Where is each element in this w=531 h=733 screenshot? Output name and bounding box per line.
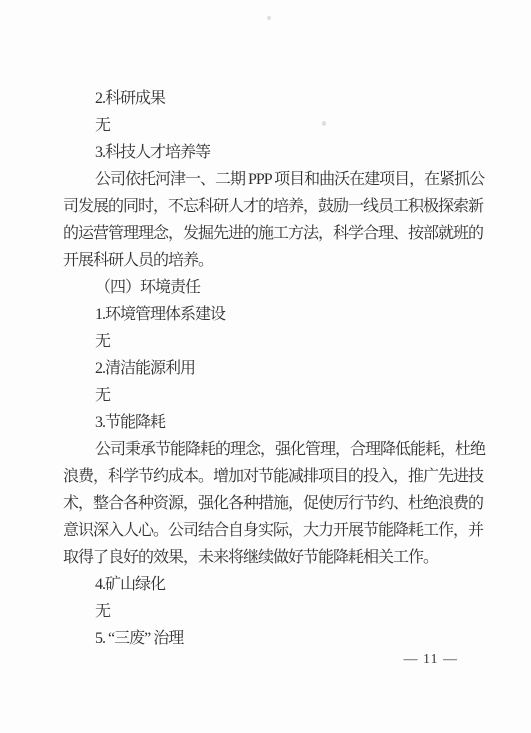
list-item: 3.节能降耗 <box>63 409 477 436</box>
document-page: 2.科研成果无3.科技人才培养等公司依托河津一、二期 PPP 项目和曲沃在建项目… <box>0 0 531 733</box>
list-item: 1.环境管理体系建设 <box>63 301 477 328</box>
page-number: — 11 — <box>0 652 531 668</box>
paragraph-line: 意识深入人心。公司结合自身实际，大力开展节能降耗工作，并 <box>63 517 477 544</box>
paragraph-line: 浪费，科学节约成本。增加对节能减排项目的投入，推广先进技 <box>63 463 477 490</box>
none-value: 无 <box>63 598 477 625</box>
paragraph-line: 公司依托河津一、二期 PPP 项目和曲沃在建项目，在紧抓公 <box>63 166 477 193</box>
paragraph-line: 术，整合各种资源，强化各种措施，促使厉行节约、杜绝浪费的 <box>63 490 477 517</box>
list-item: 4.矿山绿化 <box>63 571 477 598</box>
list-item: 5. “三废” 治理 <box>63 625 477 652</box>
paragraph-line: 取得了良好的效果，未来将继续做好节能降耗相关工作。 <box>63 544 477 571</box>
section-heading: （四）环境责任 <box>63 274 477 301</box>
paragraph-line: 公司秉承节能降耗的理念，强化管理，合理降低能耗，杜绝 <box>63 436 477 463</box>
none-value: 无 <box>63 328 477 355</box>
none-value: 无 <box>63 112 477 139</box>
scan-speck <box>267 16 271 20</box>
none-value: 无 <box>63 382 477 409</box>
list-item: 2.清洁能源利用 <box>63 355 477 382</box>
paragraph-line: 的运营管理理念，发掘先进的施工方法，科学合理、按部就班的 <box>63 220 477 247</box>
paragraph-line: 开展科研人员的培养。 <box>63 247 477 274</box>
document-body: 2.科研成果无3.科技人才培养等公司依托河津一、二期 PPP 项目和曲沃在建项目… <box>63 85 477 652</box>
paragraph-line: 司发展的同时，不忘科研人才的培养，鼓励一线员工积极探索新 <box>63 193 477 220</box>
list-item: 3.科技人才培养等 <box>63 139 477 166</box>
scan-speck <box>322 121 326 126</box>
list-item: 2.科研成果 <box>63 85 477 112</box>
